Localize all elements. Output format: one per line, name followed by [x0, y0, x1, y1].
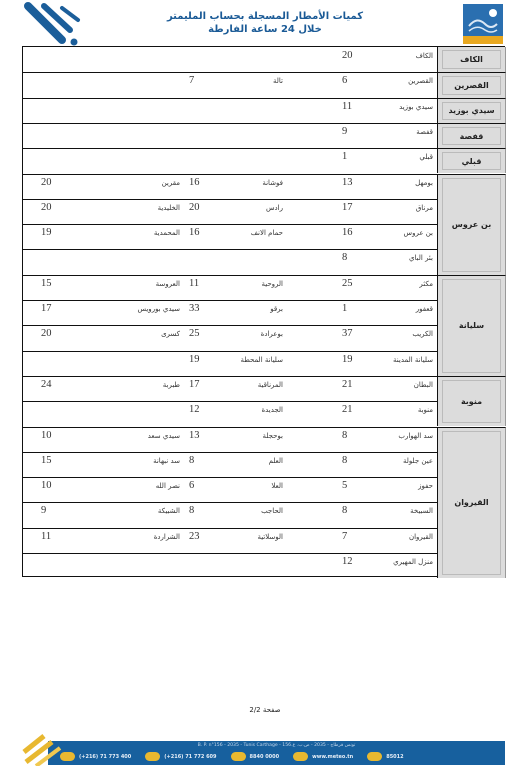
- governorate-name: قفصة: [460, 132, 484, 141]
- rainfall-value: 13: [342, 177, 372, 189]
- title-line-1: كميات الأمطار المسجلة بحساب المليمتر: [150, 10, 380, 23]
- rainfall-value: 7: [342, 531, 372, 543]
- row-divider: [23, 174, 437, 175]
- rainfall-value: 8: [342, 252, 372, 264]
- rainfall-value: 9: [342, 126, 372, 138]
- row-divider: [23, 148, 437, 149]
- station-name: طبربة: [90, 379, 180, 391]
- rainfall-value: 8: [342, 455, 372, 467]
- rainfall-value: 7: [189, 75, 219, 87]
- contact-text[interactable]: www.meteo.tn: [312, 754, 353, 760]
- governorate-name: القيروان: [454, 498, 488, 507]
- phone-icon: [145, 752, 160, 761]
- rainfall-value: 15: [41, 455, 71, 467]
- rainfall-value: 24: [41, 379, 71, 391]
- row-divider: [23, 275, 437, 276]
- governorate-name: القصرين: [454, 81, 489, 90]
- footer-contact: www.meteo.tn: [293, 752, 353, 761]
- rainfall-value: 16: [189, 227, 219, 239]
- fax-icon: [60, 752, 75, 761]
- rainfall-value: 8: [189, 455, 219, 467]
- rainfall-value: 19: [41, 227, 71, 239]
- row-divider: [23, 427, 437, 428]
- rainfall-value: 37: [342, 328, 372, 340]
- rainfall-value: 6: [342, 75, 372, 87]
- footer-contacts: (+216) 71 773 400(+216) 71 772 6098840 0…: [60, 752, 404, 761]
- governorate-name: الكاف: [460, 55, 483, 64]
- rainfall-value: 15: [41, 278, 71, 290]
- rainfall-value: 17: [189, 379, 219, 391]
- row-divider: [23, 249, 437, 250]
- rainfall-value: 11: [41, 531, 71, 543]
- row-divider: [23, 351, 437, 352]
- rainfall-value: 1: [342, 303, 372, 315]
- governorate-cell: بن عروس: [437, 174, 506, 275]
- title-line-2: خلال 24 ساعة الفارطة: [150, 23, 380, 36]
- hotline-icon: [231, 752, 246, 761]
- contact-text: 85012: [386, 754, 403, 760]
- rainfall-value: 21: [342, 379, 372, 391]
- contact-text: (+216) 71 773 400: [79, 754, 131, 760]
- station-name: المحمدية: [90, 227, 180, 239]
- rainfall-value: 16: [189, 177, 219, 189]
- rainfall-value: 20: [41, 328, 71, 340]
- station-name: العروسة: [90, 278, 180, 290]
- governorate-name: منوبة: [461, 397, 482, 406]
- governorate-cell: سليانة: [437, 275, 506, 376]
- station-name: سد نبهانة: [90, 455, 180, 467]
- contact-text: (+216) 71 772 609: [164, 754, 216, 760]
- rainfall-value: 21: [342, 404, 372, 416]
- row-divider: [23, 477, 437, 478]
- row-divider: [23, 98, 437, 99]
- company-logo-icon: [22, 2, 84, 46]
- page-number: صفحة 2/2: [230, 706, 300, 714]
- footer-address: B. P. n°156 - 2035 - Tunis Carthage - تو…: [48, 743, 505, 748]
- footer-contact: (+216) 71 773 400: [60, 752, 131, 761]
- rainfall-value: 20: [342, 50, 372, 62]
- rainfall-value: 8: [342, 430, 372, 442]
- rainfall-value: 1: [342, 151, 372, 163]
- row-divider: [23, 325, 437, 326]
- rainfall-value: 19: [342, 354, 372, 366]
- station-name: مقرين: [90, 177, 180, 189]
- rainfall-value: 33: [189, 303, 219, 315]
- station-name: نصر الله: [90, 480, 180, 492]
- station-name: الشبيكة: [90, 505, 180, 517]
- governorate-cell: قفصة: [437, 123, 506, 148]
- governorate-cell: القصرين: [437, 72, 506, 97]
- rainfall-value: 11: [342, 101, 372, 113]
- rainfall-value: 25: [189, 328, 219, 340]
- station-name: سيدي سعد: [90, 430, 180, 442]
- rainfall-value: 17: [41, 303, 71, 315]
- row-divider: [23, 224, 437, 225]
- rainfall-value: 8: [189, 505, 219, 517]
- page-title: كميات الأمطار المسجلة بحساب المليمتر خلا…: [150, 10, 380, 36]
- rainfall-value: 20: [41, 177, 71, 189]
- rainfall-value: 20: [189, 202, 219, 214]
- station-name: الشراردة: [90, 531, 180, 543]
- rainfall-value: 8: [342, 505, 372, 517]
- governorate-name: قبلي: [462, 157, 482, 166]
- sms-icon: [367, 752, 382, 761]
- governorate-cell: قبلي: [437, 148, 506, 173]
- rainfall-value: 16: [342, 227, 372, 239]
- row-divider: [23, 376, 437, 377]
- row-divider: [23, 553, 437, 554]
- meteo-logo-icon: [463, 4, 503, 44]
- rainfall-value: 19: [189, 354, 219, 366]
- station-name: الخليدية: [90, 202, 180, 214]
- row-divider: [23, 502, 437, 503]
- rainfall-value: 13: [189, 430, 219, 442]
- footer-contact: 85012: [367, 752, 403, 761]
- governorate-name: سيدي بوزيد: [448, 106, 494, 115]
- rainfall-value: 10: [41, 480, 71, 492]
- rainfall-value: 12: [342, 556, 372, 568]
- rainfall-value: 23: [189, 531, 219, 543]
- rainfall-table: الكاف20القصرين6تالة7سيدي بوزيد11قفصة9قبل…: [22, 46, 505, 577]
- rainfall-value: 5: [342, 480, 372, 492]
- web-icon: [293, 752, 308, 761]
- station-name: كسرى: [90, 328, 180, 340]
- governorate-cell: سيدي بوزيد: [437, 98, 506, 123]
- rainfall-value: 9: [41, 505, 71, 517]
- governorate-name: سليانة: [459, 321, 484, 330]
- row-divider: [23, 123, 437, 124]
- row-divider: [23, 72, 437, 73]
- rainfall-value: 25: [342, 278, 372, 290]
- rainfall-value: 17: [342, 202, 372, 214]
- page-header: كميات الأمطار المسجلة بحساب المليمتر خلا…: [0, 0, 527, 46]
- governorate-name: بن عروس: [452, 220, 491, 229]
- row-divider: [23, 452, 437, 453]
- rainfall-value: 12: [189, 404, 219, 416]
- contact-text: 8840 0000: [250, 754, 280, 760]
- footer-stripes-icon: [22, 730, 62, 766]
- rainfall-value: 10: [41, 430, 71, 442]
- row-divider: [23, 199, 437, 200]
- row-divider: [23, 401, 437, 402]
- rainfall-value: 20: [41, 202, 71, 214]
- footer-contact: (+216) 71 772 609: [145, 752, 216, 761]
- rainfall-value: 6: [189, 480, 219, 492]
- governorate-cell: القيروان: [437, 427, 506, 579]
- row-divider: [23, 300, 437, 301]
- row-divider: [23, 528, 437, 529]
- footer-bar: B. P. n°156 - 2035 - Tunis Carthage - تو…: [48, 741, 505, 765]
- page-footer: B. P. n°156 - 2035 - Tunis Carthage - تو…: [22, 730, 505, 764]
- station-name: سيدي بورويس: [90, 303, 180, 315]
- footer-contact: 8840 0000: [231, 752, 280, 761]
- governorate-cell: منوبة: [437, 376, 506, 427]
- governorate-cell: الكاف: [437, 47, 506, 72]
- rainfall-value: 11: [189, 278, 219, 290]
